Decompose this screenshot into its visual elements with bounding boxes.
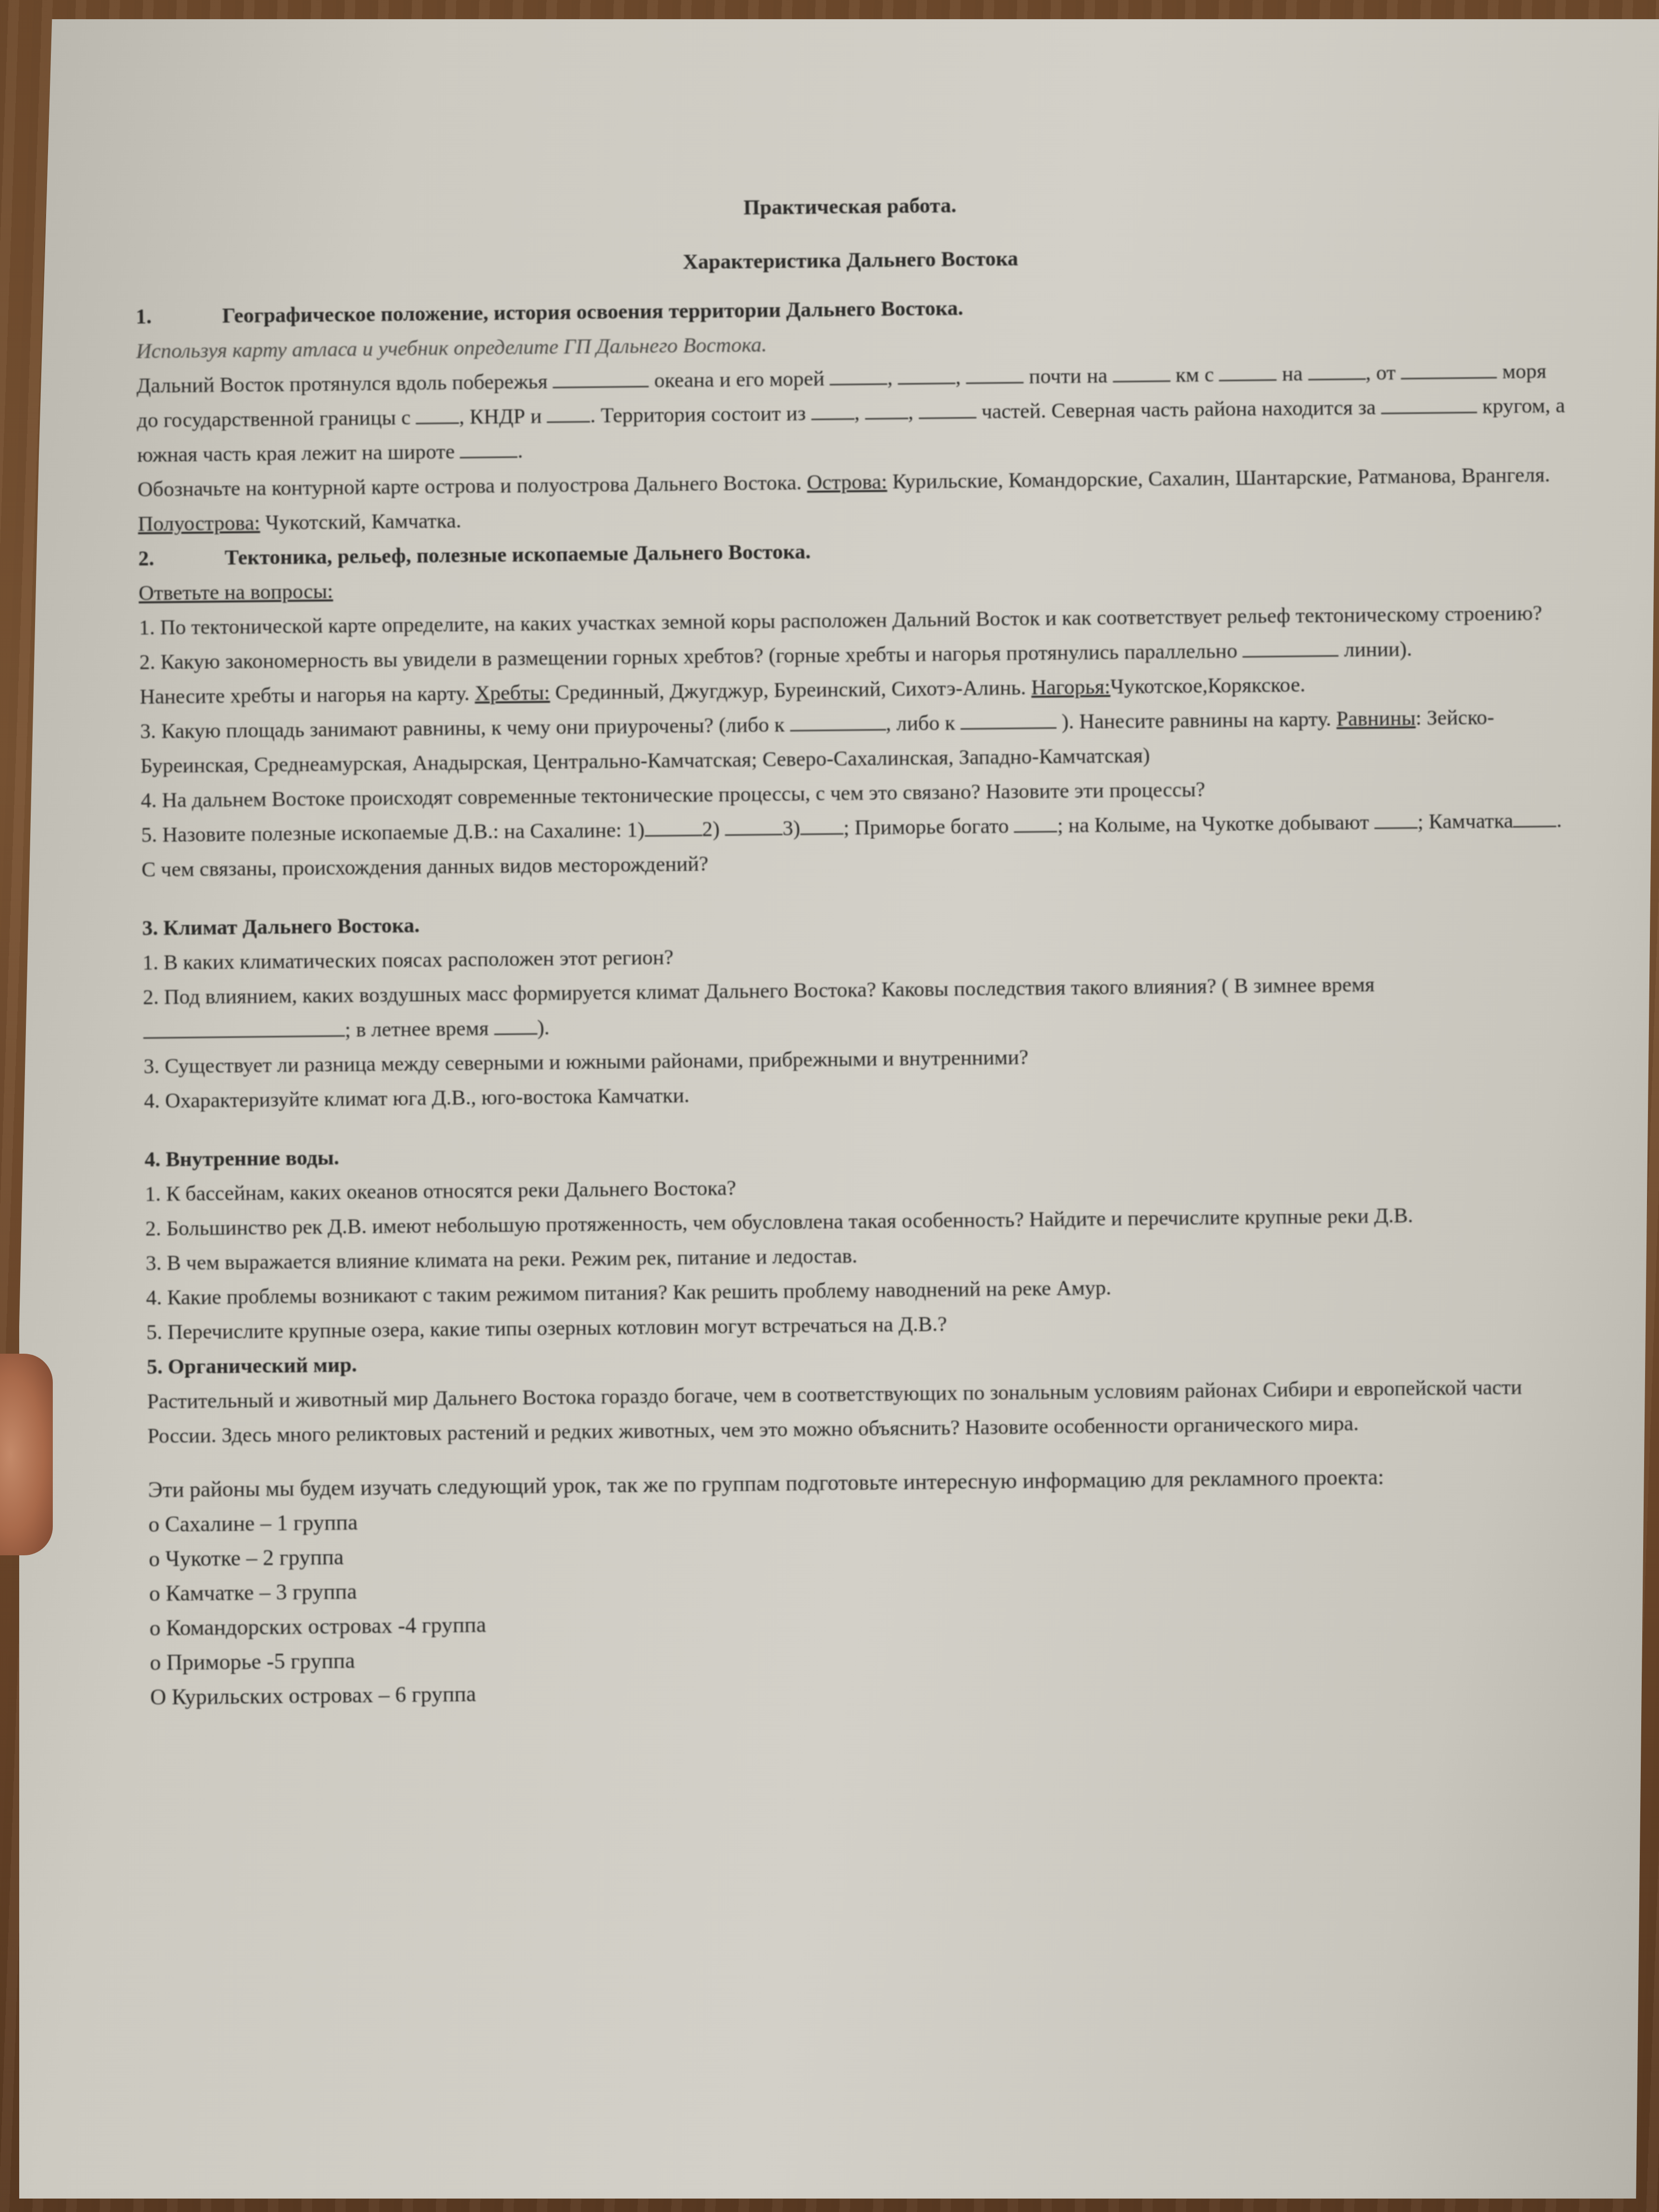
- document-title: Практическая работа.: [134, 182, 1565, 231]
- groups-assignment: Эти районы мы будем изучать следующий ур…: [148, 1458, 1581, 1715]
- holding-thumb: [0, 1354, 53, 1555]
- section-1-paragraph: Дальний Восток протянулся вдоль побережь…: [136, 354, 1568, 472]
- worksheet: Практическая работа. Характеристика Даль…: [134, 172, 1581, 1715]
- document-subtitle: Характеристика Дальнего Востока: [135, 236, 1566, 285]
- section-2-question-5: 5. Назовите полезные ископаемые Д.В.: на…: [141, 803, 1572, 887]
